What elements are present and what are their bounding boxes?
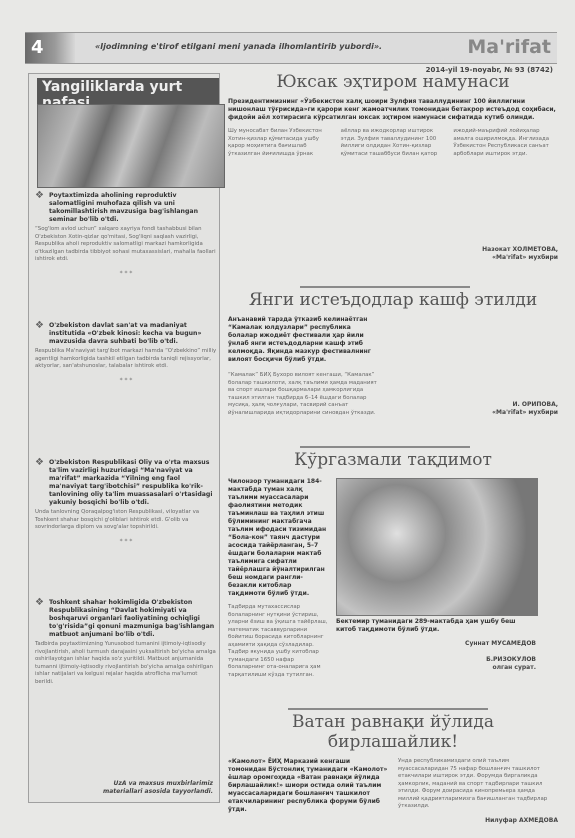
sidebar-news-item: ❖O'zbekiston davlat san'at va madaniyat … — [35, 322, 217, 390]
article-headline: Юксак эҳтиром намунаси — [228, 72, 558, 92]
newspaper-page: 4 «Ijodimning e'tirof etilgani meni yana… — [0, 0, 575, 838]
page-number: 4 — [31, 37, 44, 58]
article-body: Шу муносабат билан Ўзбекистон Хотин-қизл… — [228, 128, 558, 246]
news-body: Unda tanlovning Qoraqalpog'iston Respubl… — [35, 509, 217, 532]
ornament-bullet-icon: ❖ — [35, 599, 44, 607]
article-byline: И. ОРИПОВА, «Ma'rifat» мухбири — [388, 401, 558, 417]
article-byline: Суннат МУСАМЕДОВ — [336, 640, 536, 648]
sidebar-credit: UzA va maxsus muxbirlarimiz materiallari… — [93, 780, 213, 796]
masthead: 4 «Ijodimning e'tirof etilgani meni yana… — [25, 32, 557, 64]
article-lead: «Камолот» ЁИҲ Марказий кенгаши томонидан… — [228, 758, 388, 814]
article-headline: Янги истеъдодлар кашф этилди — [228, 290, 558, 310]
news-headline: Toshkent shahar hokimligida O'zbekiston … — [49, 599, 214, 638]
ornament-bullet-icon: ❖ — [35, 192, 44, 200]
photo-credit: Б.РИЗОКУЛОВ олган сурат. — [336, 656, 536, 672]
article-body: Унда республикамиздаги олий таълим муасс… — [398, 758, 558, 811]
news-body: “Sog'lom avlod uchun” xalqaro xayriya fo… — [35, 226, 217, 264]
article-vatan-ravnaqi: Ватан равнақи йўлида бирлашайлик! «Камол… — [228, 712, 558, 825]
sidebar-news-item: ❖Toshkent shahar hokimligida O'zbekiston… — [35, 599, 217, 686]
article-body: Тадбирда мутахассислар болаларнинг нутқи… — [228, 604, 330, 679]
article-headline: Кўргазмали тақдимот — [228, 450, 558, 470]
photo-caption-lead: Бектемир туманидаги 289-мактабда ҳам ушб… — [336, 618, 536, 634]
news-body: Tadbirda poytaxtimizning Yunusobod tuman… — [35, 641, 217, 686]
separator: * * * — [35, 270, 217, 277]
article-lead: Анъанавий тарзда ўтказиб келинаётган “Ка… — [228, 316, 378, 364]
sidebar-news-item: ❖O'zbekiston Respublikasi Oliy va o'rta … — [35, 459, 217, 551]
news-headline: Poytaxtimizda aholining reproduktiv salo… — [49, 192, 198, 223]
article-headline: Ватан равнақи йўлида бирлашайлик! — [228, 712, 558, 752]
article-yangi-isteodlar: Янги истеъдодлар кашф этилди Анъанавий т… — [228, 290, 558, 417]
divider — [288, 708, 488, 710]
news-headline: O'zbekiston davlat san'at va madaniyat i… — [49, 322, 201, 345]
sidebar-news-item: ❖Poytaxtimizda aholining reproduktiv sal… — [35, 192, 217, 283]
news-body: Respublika Ma'naviyat targ'ibot markazi … — [35, 348, 217, 371]
article-body: “Камалак” БИҲ Бухоро вилоят кенгаши, “Ка… — [228, 372, 378, 417]
ornament-bullet-icon: ❖ — [35, 322, 44, 330]
article-yuksak-ehtirom: Юксак эҳтиром намунаси Президентимизнинг… — [228, 72, 558, 262]
news-headline: O'zbekiston Respublikasi Oliy va o'rta m… — [49, 459, 212, 506]
ornament-bullet-icon: ❖ — [35, 459, 44, 467]
page-number-badge: 4 — [25, 33, 75, 63]
article-lead: Президентимизнинг «Ўзбекистон халқ шоири… — [228, 98, 558, 122]
newspaper-brand: Ma'rifat — [467, 36, 551, 58]
article-lead: Чилонзор туманидаги 184-мактабда туман х… — [228, 478, 330, 598]
children-reading-photo — [336, 478, 538, 616]
article-byline: Назокат ХОЛМЕТОВА, «Ma'rifat» мухбири — [228, 246, 558, 262]
photo-caption-block: Бектемир туманидаги 289-мактабда ҳам ушб… — [336, 618, 536, 672]
article-byline: Нилуфар АХМЕДОВА — [398, 817, 558, 825]
divider — [300, 286, 470, 288]
divider — [300, 446, 470, 448]
masthead-quote: «Ijodimning e'tirof etilgani meni yanada… — [95, 42, 382, 51]
separator: * * * — [35, 377, 217, 384]
separator: * * * — [35, 538, 217, 545]
sidebar-photo-collage — [37, 104, 225, 188]
news-sidebar: Yangiliklarda yurt nafasi ❖Poytaxtimizda… — [28, 73, 220, 803]
